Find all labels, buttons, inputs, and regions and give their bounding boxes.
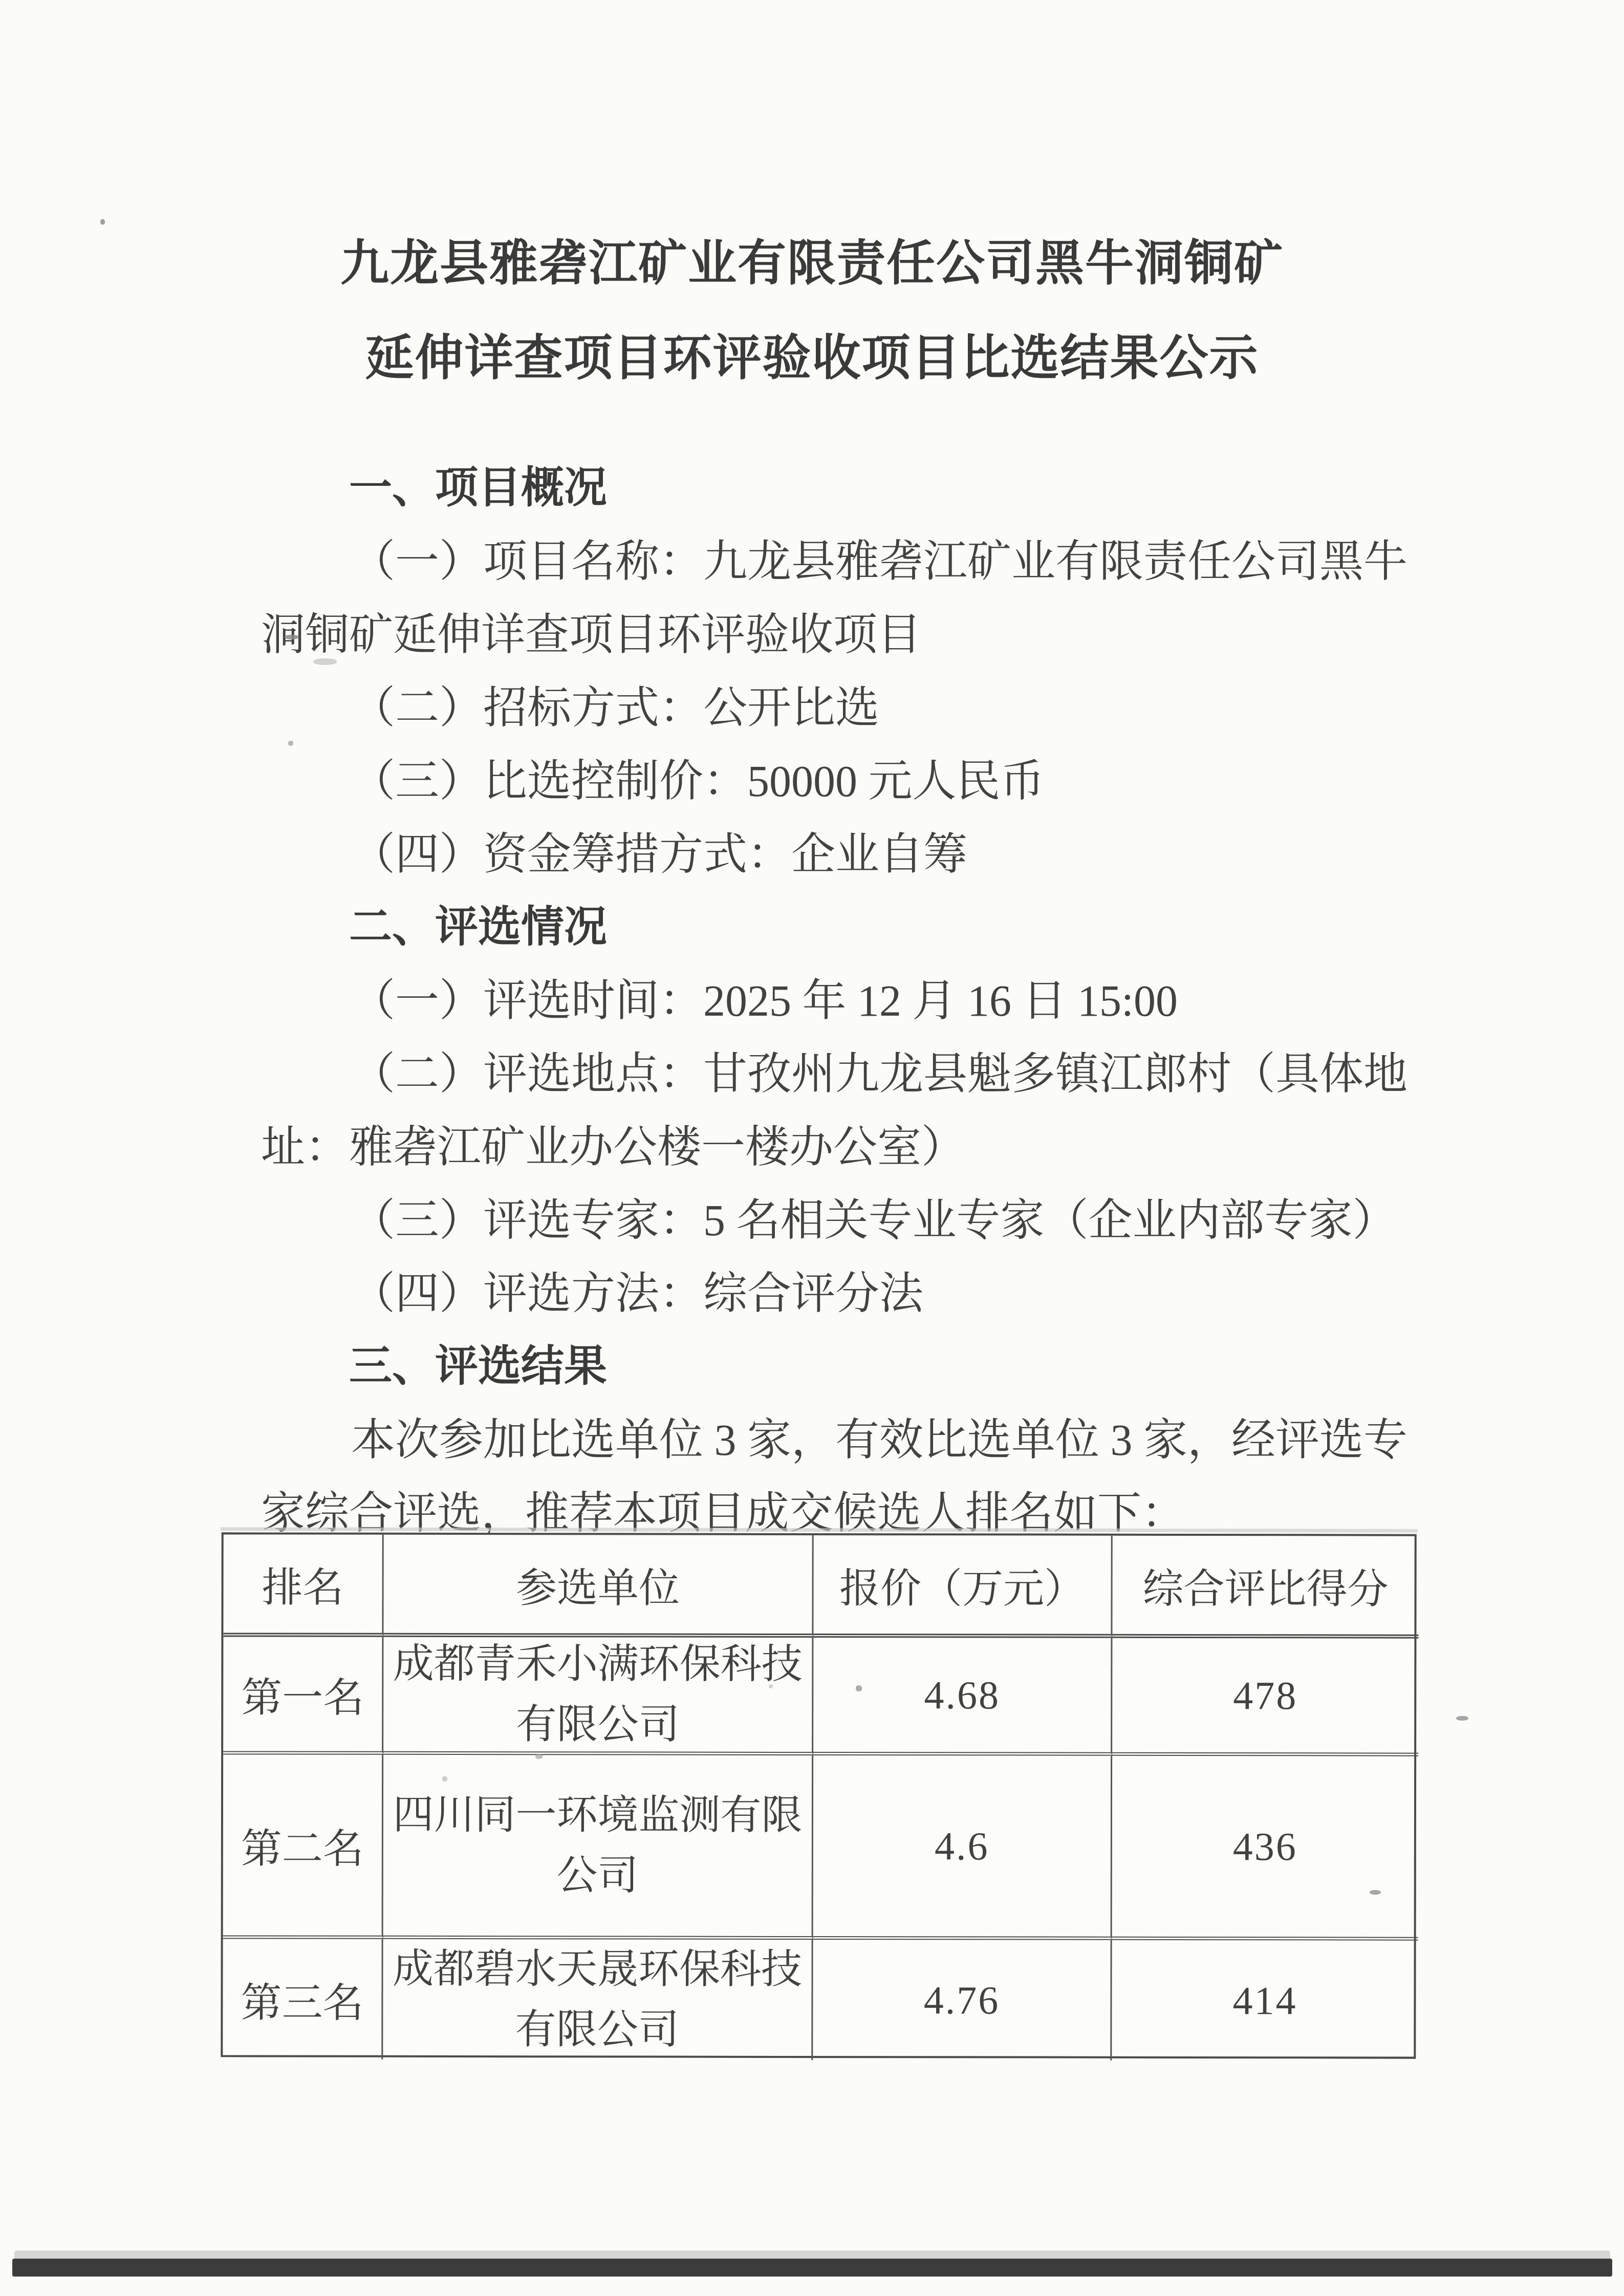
- rank-cell-2: 第二名: [223, 1754, 384, 1939]
- col-header-score: 综合评比得分: [1112, 1536, 1418, 1639]
- company-cell-2: 四川同一环境监测有限 公司: [383, 1755, 814, 1940]
- scan-speck: [1370, 1890, 1381, 1895]
- company-cell-3: 成都碧水天晟环保科技 有限公司: [383, 1939, 813, 2060]
- para-review-time: （一）评选时间：2025 年 12 月 16 日 15:00: [261, 960, 1423, 1033]
- scan-speck: [285, 635, 299, 639]
- document-body: 一、项目概况 （一）项目名称：九龙县雅砻江矿业有限责任公司黑牛 洞铜矿延伸详查项…: [261, 447, 1423, 1546]
- scan-speck: [100, 219, 105, 225]
- para-bid-method: （二）招标方式：公开比选: [261, 667, 1423, 740]
- section-heading-1: 一、项目概况: [261, 447, 1423, 521]
- para-funding: （四）资金筹措方式：企业自筹: [261, 813, 1423, 887]
- company-1-line-2: 有限公司: [516, 1694, 680, 1755]
- company-3-line-2: 有限公司: [515, 2000, 679, 2060]
- para-control-price: （三）比选控制价：50000 元人民币: [261, 740, 1423, 813]
- result-table: 排名 参选单位 报价（万元） 综合评比得分 第一名 成都青禾小满环保科技 有限公…: [221, 1532, 1416, 2058]
- para-review-place-2: 址：雅砻江矿业办公楼一楼办公室）: [261, 1106, 1423, 1179]
- scan-speck: [288, 741, 293, 746]
- scan-speck: [313, 658, 337, 665]
- para-result-intro: 本次参加比选单位 3 家，有效比选单位 3 家，经评选专: [261, 1399, 1423, 1472]
- scanned-document-page: 九龙县雅砻江矿业有限责任公司黑牛洞铜矿 延伸详查项目环评验收项目比选结果公示 一…: [0, 0, 1624, 2296]
- section-heading-3: 三、评选结果: [261, 1326, 1423, 1399]
- para-review-experts: （三）评选专家：5 名相关专业专家（企业内部专家）: [261, 1179, 1423, 1253]
- col-header-rank: 排名: [223, 1534, 383, 1637]
- company-2-line-2: 公司: [556, 1846, 638, 1906]
- title-line-1: 九龙县雅砻江矿业有限责任公司黑牛洞铜矿: [0, 217, 1624, 311]
- para-project-name: （一）项目名称：九龙县雅砻江矿业有限责任公司黑牛: [261, 521, 1423, 594]
- scan-edge-shadow: [12, 2259, 1612, 2277]
- section-heading-2: 二、评选情况: [261, 887, 1423, 960]
- scan-speck: [535, 1754, 543, 1759]
- company-2-line-1: 四川同一环境监测有限: [393, 1785, 802, 1846]
- para-project-name-2: 洞铜矿延伸详查项目环评验收项目: [261, 594, 1423, 667]
- price-cell-1: 4.68: [813, 1638, 1112, 1756]
- scan-speck: [769, 1684, 773, 1688]
- scan-speck: [856, 1685, 862, 1691]
- para-review-method: （四）评选方法：综合评分法: [261, 1253, 1423, 1326]
- title-line-2: 延伸详查项目环评验收项目比选结果公示: [0, 311, 1624, 406]
- document-title: 九龙县雅砻江矿业有限责任公司黑牛洞铜矿 延伸详查项目环评验收项目比选结果公示: [0, 217, 1624, 406]
- para-review-place: （二）评选地点：甘孜州九龙县魁多镇江郎村（具体地: [261, 1033, 1423, 1106]
- score-cell-3: 414: [1112, 1940, 1418, 2061]
- company-1-line-1: 成都青禾小满环保科技: [393, 1634, 803, 1694]
- col-header-company: 参选单位: [383, 1535, 813, 1638]
- col-header-price: 报价（万元）: [813, 1535, 1112, 1638]
- company-3-line-1: 成都碧水天晟环保科技: [393, 1939, 802, 2000]
- price-cell-3: 4.76: [813, 1940, 1112, 2061]
- price-cell-2: 4.6: [813, 1755, 1113, 1940]
- score-cell-2: 436: [1112, 1756, 1419, 1941]
- score-cell-1: 478: [1112, 1638, 1418, 1756]
- rank-cell-1: 第一名: [223, 1637, 383, 1754]
- scan-speck: [1456, 1716, 1468, 1721]
- rank-cell-3: 第三名: [223, 1939, 383, 2059]
- scan-speck: [442, 1776, 447, 1782]
- company-cell-1: 成都青禾小满环保科技 有限公司: [383, 1637, 813, 1755]
